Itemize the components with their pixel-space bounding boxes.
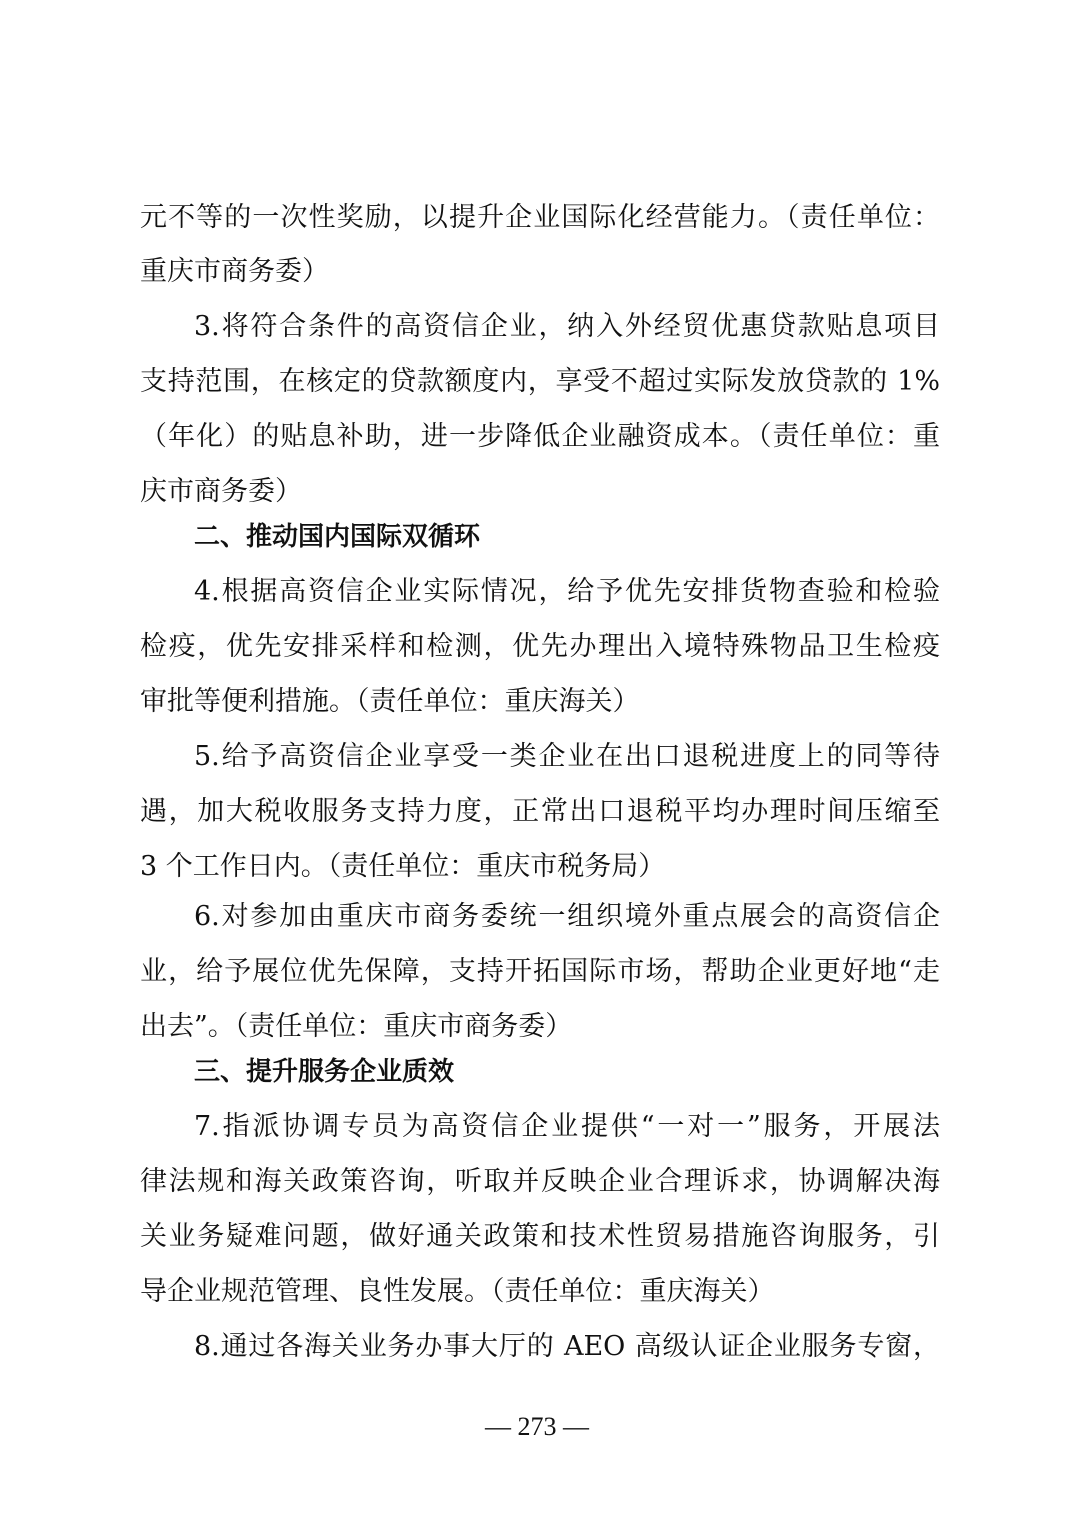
item-6-line-2: 业，给予展位优先保障，支持开拓国际市场，帮助企业更好地“走 bbox=[140, 952, 940, 992]
item-3-line-1: 3.将符合条件的高资信企业，纳入外经贸优惠贷款贴息项目 bbox=[194, 307, 940, 347]
item-4-line-2: 检疫，优先安排采样和检测，优先办理出入境特殊物品卫生检疫 bbox=[140, 627, 940, 667]
item-4-line-3: 审批等便利措施。（责任单位：重庆海关） bbox=[140, 682, 940, 722]
item-7-line-1: 7.指派协调专员为高资信企业提供“一对一”服务，开展法 bbox=[194, 1107, 940, 1147]
item-3-line-4: 庆市商务委） bbox=[140, 472, 940, 512]
item-5-line-1: 5.给予高资信企业享受一类企业在出口退税进度上的同等待 bbox=[194, 737, 940, 777]
item-3-line-3: （年化）的贴息补助，进一步降低企业融资成本。（责任单位：重 bbox=[140, 417, 940, 457]
section-heading-3: 三、提升服务企业质效 bbox=[194, 1052, 454, 1092]
item-6-line-1: 6.对参加由重庆市商务委统一组织境外重点展会的高资信企 bbox=[194, 897, 940, 937]
section-heading-2: 二、推动国内国际双循环 bbox=[194, 517, 480, 557]
item-5-line-3: 3 个工作日内。（责任单位：重庆市税务局） bbox=[140, 847, 940, 887]
item-7-line-4: 导企业规范管理、良性发展。（责任单位：重庆海关） bbox=[140, 1272, 940, 1312]
item-7-line-2: 律法规和海关政策咨询，听取并反映企业合理诉求，协调解决海 bbox=[140, 1162, 940, 1202]
item-3-line-2: 支持范围，在核定的贷款额度内，享受不超过实际发放贷款的 1% bbox=[140, 362, 940, 402]
document-page: 元不等的一次性奖励，以提升企业国际化经营能力。（责任单位： 重庆市商务委） 3.… bbox=[0, 0, 1074, 1520]
page-number: — 273 — bbox=[0, 1412, 1074, 1442]
paragraph-2-line-end-unit: 重庆市商务委） bbox=[140, 252, 940, 292]
item-4-line-1: 4.根据高资信企业实际情况，给予优先安排货物查验和检验 bbox=[194, 572, 940, 612]
item-6-line-3: 出去”。（责任单位：重庆市商务委） bbox=[140, 1007, 940, 1047]
item-8-line-1: 8.通过各海关业务办事大厅的 AEO 高级认证企业服务专窗， bbox=[194, 1327, 940, 1367]
item-5-line-2: 遇，加大税收服务支持力度，正常出口退税平均办理时间压缩至 bbox=[140, 792, 940, 832]
paragraph-2-line-end: 元不等的一次性奖励，以提升企业国际化经营能力。（责任单位： bbox=[140, 198, 940, 238]
item-7-line-3: 关业务疑难问题，做好通关政策和技术性贸易措施咨询服务，引 bbox=[140, 1217, 940, 1257]
